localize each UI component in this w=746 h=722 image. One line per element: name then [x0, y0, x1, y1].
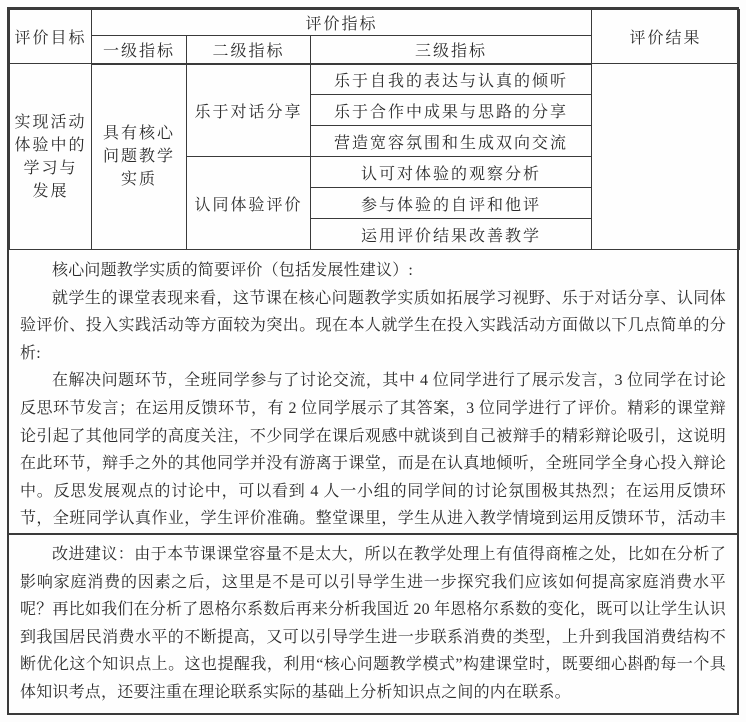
header-level2-cell: 二级指标: [187, 36, 311, 64]
level3-cell: 乐于自我的表达与认真的倾听: [311, 64, 592, 95]
level3-cell: 认可对体验的观察分析: [311, 157, 592, 188]
level3-cell: 运用评价结果改善教学: [311, 219, 592, 250]
table-row: 实现活动 体验中的 学习与 发展 具有核心 问题教学 实质 乐于对话分享 乐于自…: [10, 64, 740, 95]
evaluation-summary-section: 核心问题教学实质的简要评价（包括发展性建议）: 就学生的课堂表现来看，这节课在核…: [9, 250, 737, 533]
header-level1-cell: 一级指标: [92, 36, 187, 64]
suggestion-paragraph: 改进建议：由于本节课课堂容量不是太大，所以在教学处理上有值得商榷之处，比如在分析…: [20, 541, 726, 707]
table-header-row-1: 评价目标 评价指标 评价结果: [10, 10, 740, 36]
improvement-suggestion-section: 改进建议：由于本节课课堂容量不是太大，所以在教学处理上有值得商榷之处，比如在分析…: [9, 533, 737, 713]
evaluation-paragraph: 在解决问题环节，全班同学参与了讨论交流，其中 4 位同学进行了展示发言，3 位同…: [20, 367, 726, 533]
header-goal-cell: 评价目标: [10, 10, 92, 64]
level2-cell: 认同体验评价: [187, 157, 311, 250]
header-result-cell: 评价结果: [592, 10, 740, 64]
document-page: 评价目标 评价指标 评价结果 一级指标 二级指标 三级指标 实现活动 体验中的 …: [0, 0, 746, 722]
goal-cell: 实现活动 体验中的 学习与 发展: [10, 64, 92, 250]
header-level3-cell: 三级指标: [311, 36, 592, 64]
document-frame: 评价目标 评价指标 评价结果 一级指标 二级指标 三级指标 实现活动 体验中的 …: [7, 7, 739, 715]
level1-cell: 具有核心 问题教学 实质: [92, 64, 187, 250]
level3-cell: 参与体验的自评和他评: [311, 188, 592, 219]
result-cell: [592, 64, 740, 250]
header-indicator-cell: 评价指标: [92, 10, 592, 36]
level3-cell: 乐于合作中成果与思路的分享: [311, 95, 592, 126]
evaluation-criteria-table: 评价目标 评价指标 评价结果 一级指标 二级指标 三级指标 实现活动 体验中的 …: [9, 9, 740, 250]
evaluation-paragraph: 就学生的课堂表现来看，这节课在核心问题教学实质如拓展学习视野、乐于对话分享、认同…: [20, 285, 726, 368]
level2-cell: 乐于对话分享: [187, 64, 311, 157]
level3-cell: 营造宽容氛围和生成双向交流: [311, 126, 592, 157]
evaluation-heading: 核心问题教学实质的简要评价（包括发展性建议）:: [20, 257, 726, 285]
